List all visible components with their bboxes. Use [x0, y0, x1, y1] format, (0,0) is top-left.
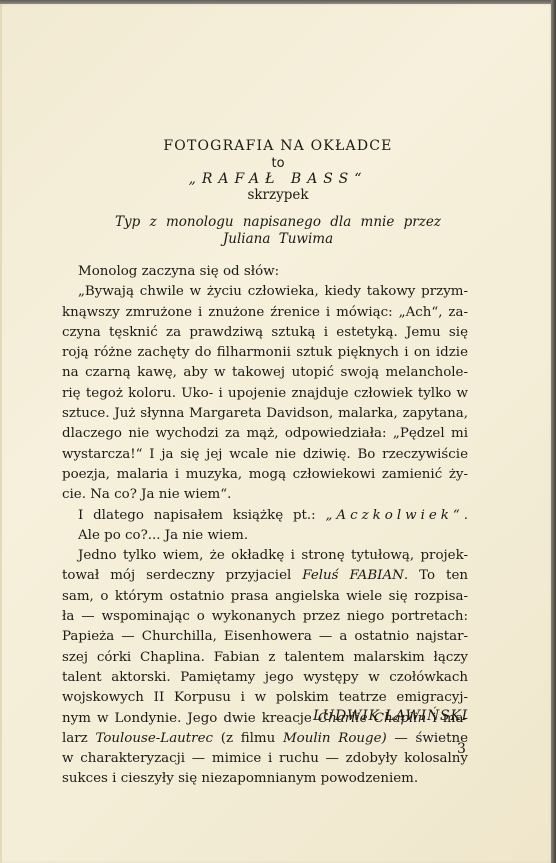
subject-name: „RAFAŁ BASS“ — [0, 171, 556, 187]
body-line: larz Toulouse-Lautrec (z filmu Moulin Ro… — [62, 729, 468, 749]
page-title: FOTOGRAFIA NA OKŁADCE — [0, 138, 556, 154]
body-line: ła — wspominając o wykonanych przez nieg… — [62, 607, 468, 627]
body-line: wystarcza!“ I ja się jej wcale nie dziwi… — [62, 445, 468, 465]
body-line: wojskowych II Korpusu i w polskim teatrz… — [62, 688, 468, 708]
body-line: Monolog zaczyna się od słów: — [62, 262, 468, 282]
body-line: szej córki Chaplina. Fabian z talentem m… — [62, 648, 468, 668]
subtitle-line-2: Juliana Tuwima — [0, 231, 556, 247]
body-line: „Bywają chwile w życiu człowieka, kiedy … — [62, 282, 468, 302]
body-line-book-title: I dlatego napisałem książkę pt.: „Aczkol… — [62, 506, 468, 526]
body-line: sukces i cieszyły się niezapomnianym pow… — [62, 769, 468, 789]
body-line: na czarną kawę, aby w takowej utopić swo… — [62, 363, 468, 383]
body-line: poezja, malaria i muzyka, mogą człowieko… — [62, 465, 468, 485]
body-line: Ale po co?... Ja nie wiem. — [62, 526, 468, 546]
scan-right-edge — [551, 0, 556, 863]
subtitle-line-1: Typ z monologu napisanego dla mnie przez — [0, 214, 556, 230]
body-line: rię tegoż koloru. Uko- i upojenie znajdu… — [62, 384, 468, 404]
body-line: knąwszy zmrużone i znużone źrenice i mów… — [62, 303, 468, 323]
body-line: talent aktorski. Pamiętamy jego występy … — [62, 668, 468, 688]
page-number: 3 — [457, 741, 466, 757]
body-line: sztuce. Już słynna Margareta Davidson, m… — [62, 404, 468, 424]
illustrator-name: Feluś FABIAN — [302, 568, 404, 583]
body-line: w charakteryzacji — mimice i ruchu — zdo… — [62, 749, 468, 769]
title-connector: to — [0, 156, 556, 171]
body-line: czyna tęsknić za prawdziwą sztuką i este… — [62, 323, 468, 343]
author-signature: LUDWIK LAWIŃSKI — [313, 708, 468, 724]
body-line: roją różne zachęty do filharmonii sztuk … — [62, 343, 468, 363]
body-line: cie. Na co? Ja nie wiem“. — [62, 485, 468, 505]
body-line: Papieża — Churchilla, Eisenhowera — a os… — [62, 627, 468, 647]
body-line: Jedno tylko wiem, że okładkę i stronę ty… — [62, 546, 468, 566]
subject-role: skrzypek — [0, 187, 556, 203]
body-line: sam, o którym ostatnio prasa angielska w… — [62, 587, 468, 607]
body-line: tował mój serdeczny przyjaciel Feluś FAB… — [62, 566, 468, 586]
book-title: „Aczkolwiek“ — [325, 508, 463, 523]
body-line: dlaczego nie wychodzi za mąż, odpowiedzi… — [62, 424, 468, 444]
